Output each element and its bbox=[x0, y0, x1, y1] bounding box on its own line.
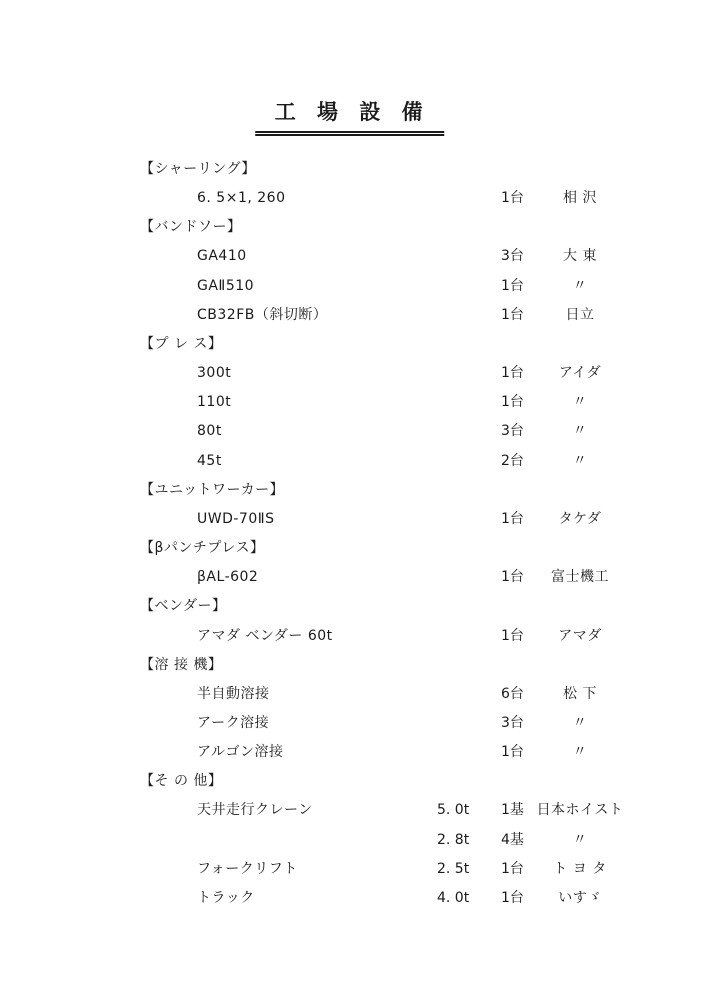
section-heading-shearing: 【シャーリング】 bbox=[0, 156, 707, 185]
equipment-row: 2. 8t4基〃 bbox=[0, 827, 707, 856]
equipment-model: 天井走行クレーン bbox=[197, 801, 313, 819]
equipment-model: CB32FB（斜切断） bbox=[197, 306, 327, 324]
equipment-tonnage: 4. 0t bbox=[437, 889, 469, 907]
equipment-quantity: 1台 bbox=[501, 393, 524, 411]
equipment-maker: 〃 bbox=[528, 452, 632, 470]
section-heading-text: 【シャーリング】 bbox=[140, 160, 256, 178]
section-heading-bender: 【ベンダー】 bbox=[0, 593, 707, 622]
section-heading-text: 【プ レ ス】 bbox=[140, 335, 222, 353]
equipment-row: トラック4. 0t1台いすゞ bbox=[0, 885, 707, 914]
equipment-list: 【シャーリング】 6. 5×1, 2601台相 沢 【バンドソー】 GA4103… bbox=[0, 156, 707, 914]
equipment-maker: 日立 bbox=[528, 306, 632, 324]
document-page: 工 場 設 備 【シャーリング】 6. 5×1, 2601台相 沢 【バンドソー… bbox=[0, 0, 707, 1000]
equipment-maker: ト ヨ タ bbox=[528, 860, 632, 878]
equipment-model: アマダ ベンダー 60t bbox=[197, 627, 333, 645]
equipment-maker: 富士機工 bbox=[528, 568, 632, 586]
equipment-maker: 〃 bbox=[528, 277, 632, 295]
equipment-quantity: 3台 bbox=[501, 714, 524, 732]
equipment-model: 45t bbox=[197, 452, 222, 470]
equipment-row: 天井走行クレーン5. 0t1基日本ホイスト bbox=[0, 797, 707, 826]
equipment-maker: 〃 bbox=[528, 714, 632, 732]
equipment-tonnage: 5. 0t bbox=[437, 801, 469, 819]
section-heading-beta-punch-press: 【βパンチプレス】 bbox=[0, 535, 707, 564]
equipment-quantity: 1台 bbox=[501, 889, 524, 907]
equipment-quantity: 1台 bbox=[501, 568, 524, 586]
equipment-row: GAⅡ5101台〃 bbox=[0, 273, 707, 302]
equipment-model: トラック bbox=[197, 889, 255, 907]
equipment-row: 110t1台〃 bbox=[0, 389, 707, 418]
equipment-row: 80t3台〃 bbox=[0, 418, 707, 447]
equipment-quantity: 1台 bbox=[501, 510, 524, 528]
equipment-quantity: 3台 bbox=[501, 247, 524, 265]
equipment-model: 半自動溶接 bbox=[197, 685, 270, 703]
equipment-model: UWD-70ⅡS bbox=[197, 510, 275, 528]
equipment-quantity: 1台 bbox=[501, 627, 524, 645]
equipment-maker: 松 下 bbox=[528, 685, 632, 703]
equipment-model: 6. 5×1, 260 bbox=[197, 189, 285, 207]
equipment-model: βAL-602 bbox=[197, 568, 258, 586]
document-title: 工 場 設 備 bbox=[275, 96, 425, 126]
section-heading-bandsaw: 【バンドソー】 bbox=[0, 214, 707, 243]
equipment-maker: 〃 bbox=[528, 422, 632, 440]
equipment-maker: アイダ bbox=[528, 364, 632, 382]
equipment-row: 45t2台〃 bbox=[0, 448, 707, 477]
section-heading-text: 【ユニットワーカー】 bbox=[140, 481, 284, 499]
equipment-model: 300t bbox=[197, 364, 231, 382]
equipment-quantity: 1台 bbox=[501, 189, 524, 207]
equipment-maker: 〃 bbox=[528, 743, 632, 761]
equipment-row: アマダ ベンダー 60t1台アマダ bbox=[0, 623, 707, 652]
equipment-row: 300t1台アイダ bbox=[0, 360, 707, 389]
section-heading-welder: 【溶 接 機】 bbox=[0, 652, 707, 681]
section-heading-text: 【βパンチプレス】 bbox=[140, 539, 264, 557]
equipment-row: CB32FB（斜切断）1台日立 bbox=[0, 302, 707, 331]
equipment-maker: 大 東 bbox=[528, 247, 632, 265]
section-heading-others: 【そ の 他】 bbox=[0, 768, 707, 797]
equipment-quantity: 6台 bbox=[501, 685, 524, 703]
equipment-maker: いすゞ bbox=[528, 889, 632, 907]
equipment-model: 110t bbox=[197, 393, 231, 411]
equipment-model: 80t bbox=[197, 422, 222, 440]
equipment-row: 半自動溶接6台松 下 bbox=[0, 681, 707, 710]
equipment-quantity: 1台 bbox=[501, 743, 524, 761]
equipment-model: フォークリフト bbox=[197, 860, 298, 878]
equipment-tonnage: 2. 8t bbox=[437, 831, 469, 849]
equipment-row: アルゴン溶接1台〃 bbox=[0, 739, 707, 768]
title-underline: 工 場 設 備 bbox=[255, 96, 445, 136]
equipment-quantity: 2台 bbox=[501, 452, 524, 470]
equipment-model: アーク溶接 bbox=[197, 714, 269, 732]
equipment-maker: 相 沢 bbox=[528, 189, 632, 207]
equipment-row: 6. 5×1, 2601台相 沢 bbox=[0, 185, 707, 214]
equipment-row: UWD-70ⅡS1台タケダ bbox=[0, 506, 707, 535]
equipment-model: アルゴン溶接 bbox=[197, 743, 283, 761]
equipment-quantity: 3台 bbox=[501, 422, 524, 440]
section-heading-text: 【ベンダー】 bbox=[140, 597, 226, 615]
equipment-quantity: 1台 bbox=[501, 860, 524, 878]
section-heading-unitworker: 【ユニットワーカー】 bbox=[0, 477, 707, 506]
section-heading-press: 【プ レ ス】 bbox=[0, 331, 707, 360]
equipment-row: フォークリフト2. 5t1台ト ヨ タ bbox=[0, 856, 707, 885]
section-heading-text: 【溶 接 機】 bbox=[140, 656, 222, 674]
equipment-quantity: 1台 bbox=[501, 277, 524, 295]
equipment-quantity: 1基 bbox=[501, 801, 524, 819]
equipment-model: GA410 bbox=[197, 247, 247, 265]
equipment-maker: 日本ホイスト bbox=[528, 801, 632, 819]
equipment-model: GAⅡ510 bbox=[197, 277, 254, 295]
equipment-quantity: 4基 bbox=[501, 831, 524, 849]
equipment-maker: 〃 bbox=[528, 831, 632, 849]
equipment-maker: 〃 bbox=[528, 393, 632, 411]
section-heading-text: 【バンドソー】 bbox=[140, 218, 242, 236]
equipment-row: アーク溶接3台〃 bbox=[0, 710, 707, 739]
equipment-maker: タケダ bbox=[528, 510, 632, 528]
equipment-maker: アマダ bbox=[528, 627, 632, 645]
section-heading-text: 【そ の 他】 bbox=[140, 772, 222, 790]
equipment-quantity: 1台 bbox=[501, 364, 524, 382]
equipment-row: GA4103台大 東 bbox=[0, 243, 707, 272]
equipment-quantity: 1台 bbox=[501, 306, 524, 324]
equipment-row: βAL-6021台富士機工 bbox=[0, 564, 707, 593]
equipment-tonnage: 2. 5t bbox=[437, 860, 469, 878]
